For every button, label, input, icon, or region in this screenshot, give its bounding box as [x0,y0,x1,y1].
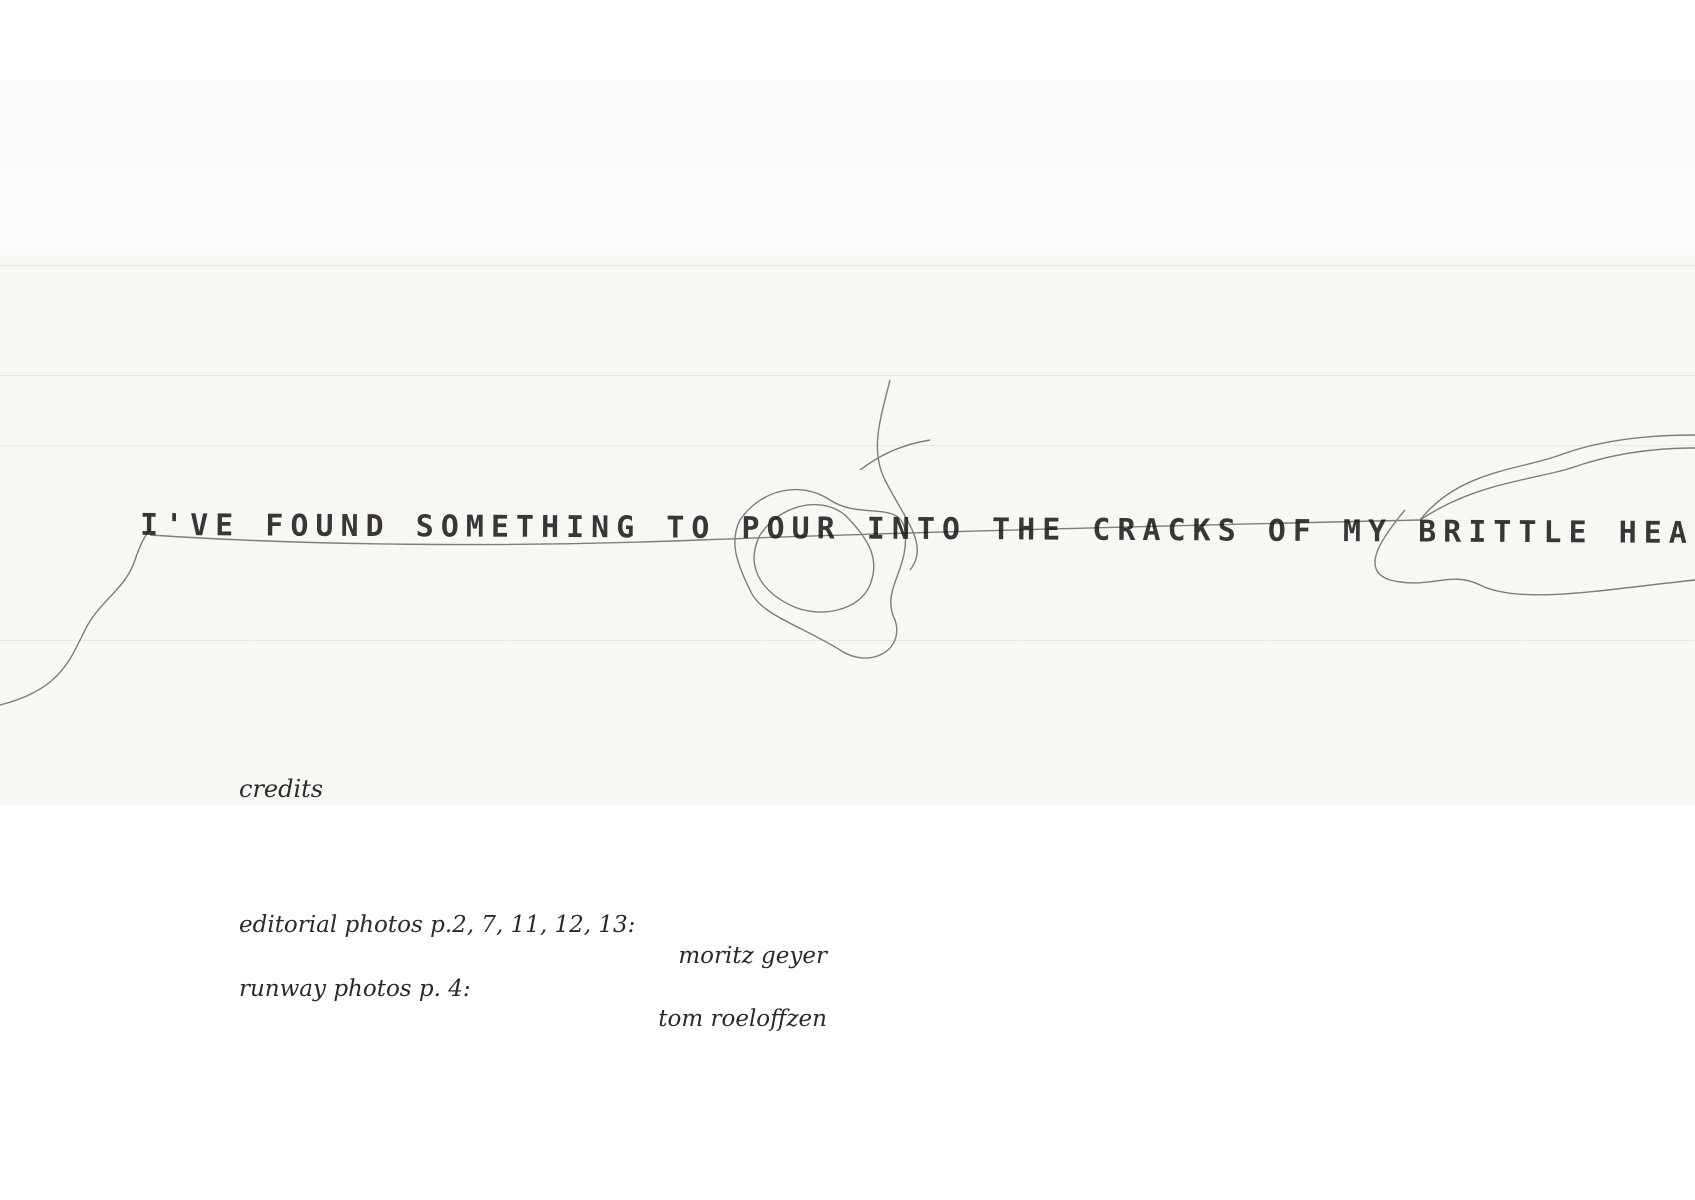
credit-role-editorial: editorial photos p.2, 7, 11, 12, 13: [239,912,635,938]
credit-name-runway: tom roeloffzen [658,1006,827,1032]
loose-thread-drawing [0,0,1695,1200]
credit-role-runway: runway photos p. 4: [239,976,471,1002]
credits-heading: credits [239,775,323,803]
credit-name-editorial: moritz geyer [678,943,827,969]
